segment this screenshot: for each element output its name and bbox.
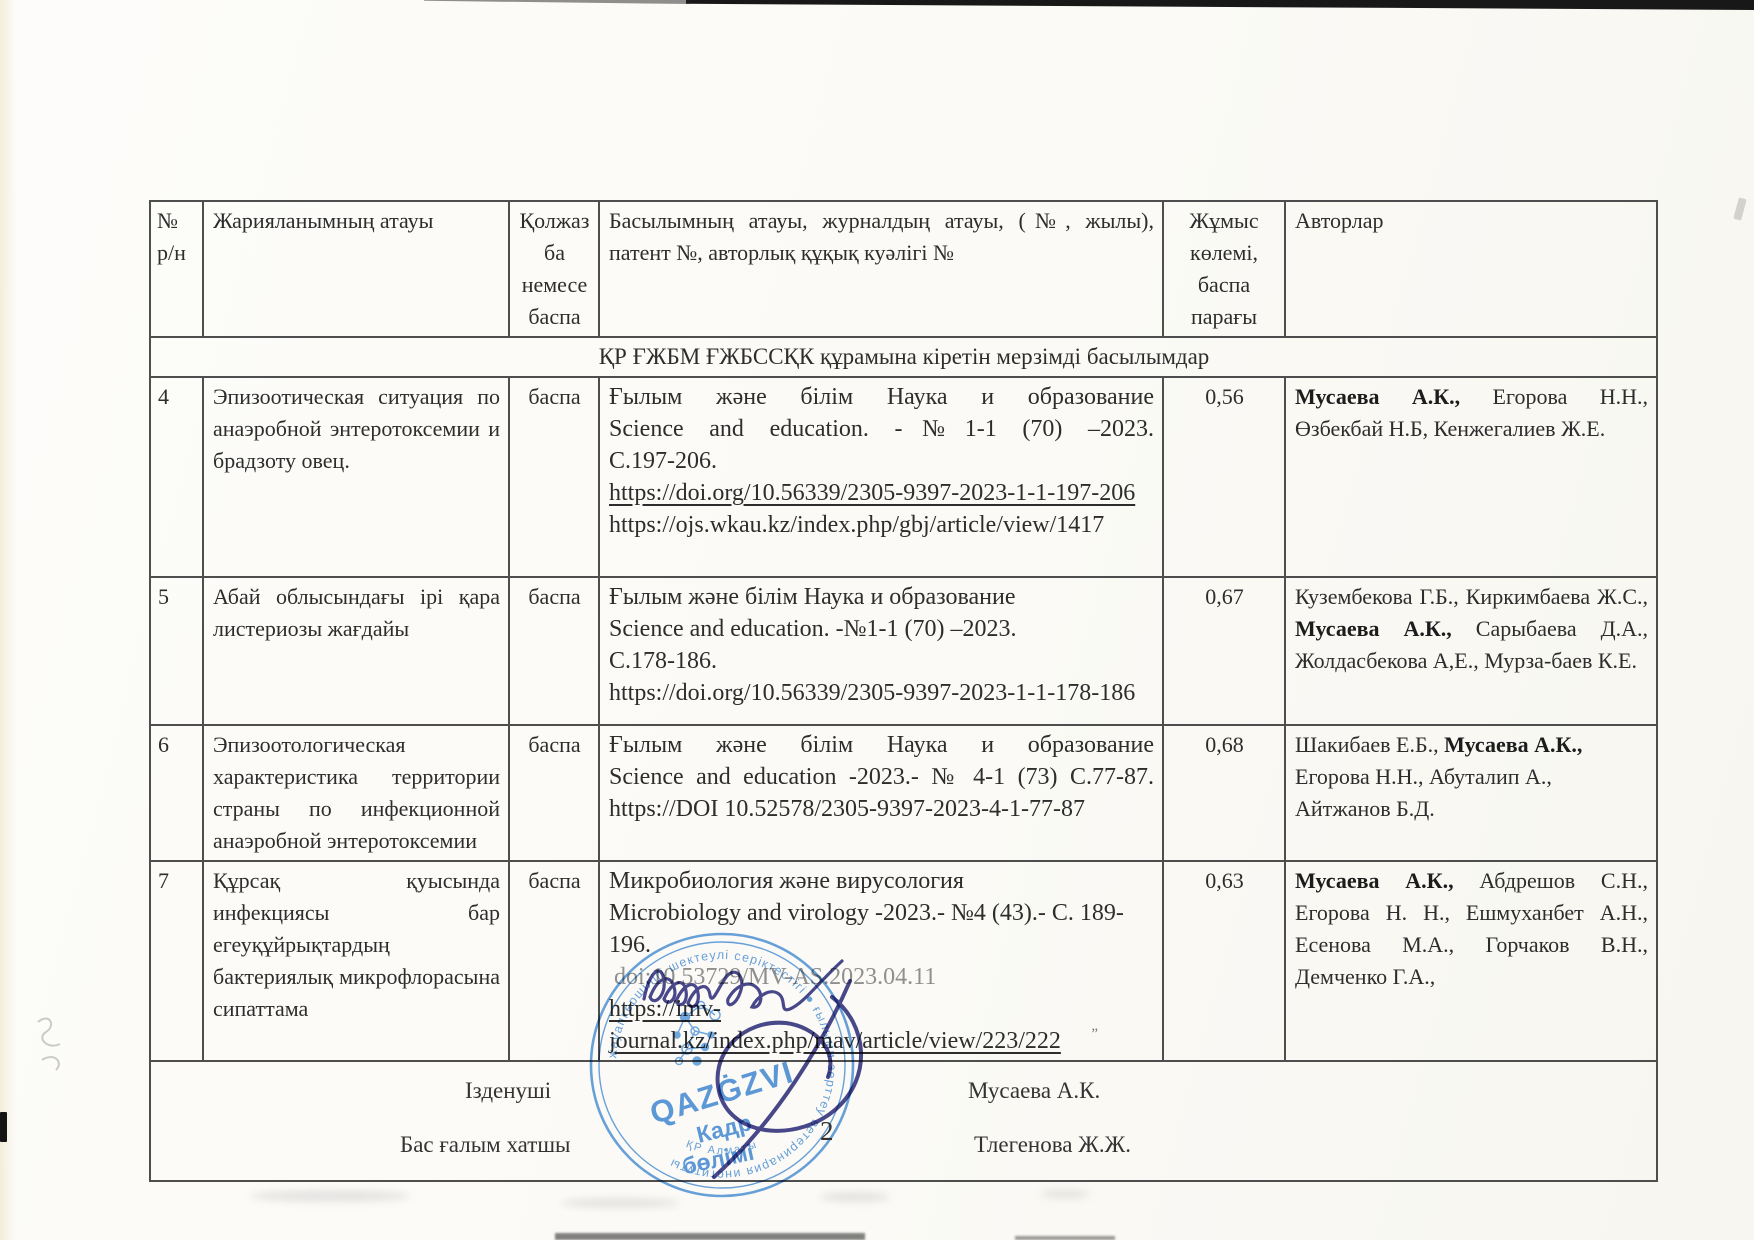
scan-artifact-top-edge [686, 0, 1754, 10]
author-lead: Шакибаев Е.Б., [1295, 732, 1444, 757]
title-cell: Құрсақ қуысында инфекциясы бар егеуқұйры… [203, 861, 509, 1061]
doi-link: https://imv-journal.kz/index.php/mav/art… [609, 993, 1154, 1057]
form-cell: баспа [509, 577, 599, 725]
table-header-row: № р/н Жарияланымның атауы Қолжаз​ба неме… [150, 201, 1657, 337]
pencil-squiggle-mark [30, 1010, 90, 1080]
header-authors: Авторлар [1285, 201, 1657, 337]
scan-artifact-bottom-edge [555, 1233, 865, 1240]
row-number-cell: 7 [150, 861, 203, 1061]
publication-cell: Ғылым және білім Наука и образование Sci… [599, 725, 1163, 861]
header-num: № р/н [150, 201, 203, 337]
doi-text: doi:10.53729/MV-AS.2023.04.11 [609, 961, 1154, 993]
section-title: ҚР ҒЖБМ ҒЖБССҚК құрамына кіретін мерзімд… [150, 337, 1657, 377]
role-label-applicant: Ізденуші [465, 1075, 551, 1107]
stray-mark: ” [1091, 1018, 1098, 1050]
scan-artifact-bottom-edge [1015, 1236, 1115, 1240]
authors-cell: Мусаева А.К., Абдрешов С.Н., Егорова Н. … [1285, 861, 1657, 1061]
author-lead: Кузембекова Г.Б., Киркимбаева Ж.С., [1295, 584, 1648, 609]
scan-artifact-top-edge-thin [424, 0, 690, 4]
issue-line: Microbiology and virology -2023.- №4 (43… [609, 897, 1154, 961]
doi-link: https://doi.org/10.56339/2305-9397-2023-… [609, 677, 1154, 709]
publication-cell: Микробиология және вирусология Microbiol… [599, 861, 1163, 1061]
publication-cell: Ғылым және білім Наука и образование Sci… [599, 577, 1163, 725]
row-number-cell: 6 [150, 725, 203, 861]
header-publication: Басылымның атауы, журналдың атауы, (№, ж… [599, 201, 1163, 337]
table-row: 6 Эпизоотологическая характеристика терр… [150, 725, 1657, 861]
journal-line: Микробиология және вирусология [609, 865, 1154, 897]
scan-smudge [820, 1192, 890, 1202]
form-cell: баспа [509, 377, 599, 577]
scan-artifact-left-mark [0, 1112, 7, 1142]
page-number: 2 [820, 1116, 834, 1147]
volume-cell: 0,67 [1163, 577, 1285, 725]
authors-cell: Мусаева А.К., Егорова Н.Н., Өзбекбай Н.Б… [1285, 377, 1657, 577]
volume-cell: 0,63 [1163, 861, 1285, 1061]
author-bold: Мусаева А.К., [1295, 616, 1452, 641]
pages-line: С.197-206. [609, 445, 1154, 477]
journal-line: Ғылым және білім Наука и образование [609, 381, 1154, 413]
volume-cell: 0,56 [1163, 377, 1285, 577]
table-row: 7 Құрсақ қуысында инфекциясы бар егеуқұй… [150, 861, 1657, 1061]
header-title: Жарияланымның атауы [203, 201, 509, 337]
issue-line: Science and education. -№1-1 (70) –2023. [609, 413, 1154, 445]
scan-smudge [250, 1190, 410, 1202]
publications-table: № р/н Жарияланымның атауы Қолжаз​ба неме… [149, 200, 1658, 1182]
row-number-cell: 5 [150, 577, 203, 725]
signature-block: Ізденуші Мусаева А.К. Бас ғалым хатшы Тл… [150, 1061, 1657, 1181]
role-label-secretary: Бас ғалым хатшы [400, 1129, 570, 1161]
form-cell: баспа [509, 725, 599, 861]
scan-artifact-left-edge [0, 0, 16, 1240]
doi-link: https://doi.org/10.56339/2305-9397-2023-… [609, 477, 1154, 509]
journal-line: Ғылым және білім Наука и образование [609, 581, 1154, 613]
title-cell: Эпизоотическая ситуация по анаэробной эн… [203, 377, 509, 577]
author-rest: Егорова Н.Н., Абуталип А., Айтжанов Б.Д. [1295, 764, 1552, 821]
title-cell: Абай облысындағы ірі қара листериозы жағ… [203, 577, 509, 725]
journal-line: Ғылым және білім Наука и образование [609, 729, 1154, 761]
scan-smudge [1040, 1190, 1090, 1198]
authors-cell: Шакибаев Е.Б., Мусаева А.К., Егорова Н.Н… [1285, 725, 1657, 861]
table-row: 5 Абай облысындағы ірі қара листериозы ж… [150, 577, 1657, 725]
section-row: ҚР ҒЖБМ ҒЖБССҚК құрамына кіретін мерзімд… [150, 337, 1657, 377]
author-bold: Мусаева А.К., [1444, 732, 1582, 757]
url-link: https://ojs.wkau.kz/index.php/gbj/articl… [609, 509, 1154, 541]
scanned-document-page: № р/н Жарияланымның атауы Қолжаз​ба неме… [0, 0, 1754, 1240]
publication-cell: Ғылым және білім Наука и образование Sci… [599, 377, 1163, 577]
signer-name-secretary: Тлегенова Ж.Ж. [974, 1129, 1131, 1161]
row-number-cell: 4 [150, 377, 203, 577]
authors-cell: Кузембекова Г.Б., Киркимбаева Ж.С., Муса… [1285, 577, 1657, 725]
issue-line: Science and education. -№1-1 (70) –2023. [609, 613, 1154, 645]
signer-name-applicant: Мусаева А.К. [968, 1075, 1100, 1107]
author-bold: Мусаева А.К., [1295, 384, 1460, 409]
scan-smudge [560, 1198, 680, 1208]
header-form: Қолжаз​ба немесе баспа [509, 201, 599, 337]
pages-line: С.178-186. [609, 645, 1154, 677]
issue-line: Science and education -2023.- № 4-1 (73)… [609, 761, 1154, 825]
signature-row: Ізденуші Мусаева А.К. Бас ғалым хатшы Тл… [150, 1061, 1657, 1181]
title-cell: Эпизоотологическая характеристика террит… [203, 725, 509, 861]
header-volume: Жұмыс көлемі, баспа парағы [1163, 201, 1285, 337]
volume-cell: 0,68 [1163, 725, 1285, 861]
table-row: 4 Эпизоотическая ситуация по анаэробной … [150, 377, 1657, 577]
form-cell: баспа [509, 861, 599, 1061]
author-bold: Мусаева А.К., [1295, 868, 1454, 893]
scan-artifact-right-mark [1733, 197, 1746, 220]
